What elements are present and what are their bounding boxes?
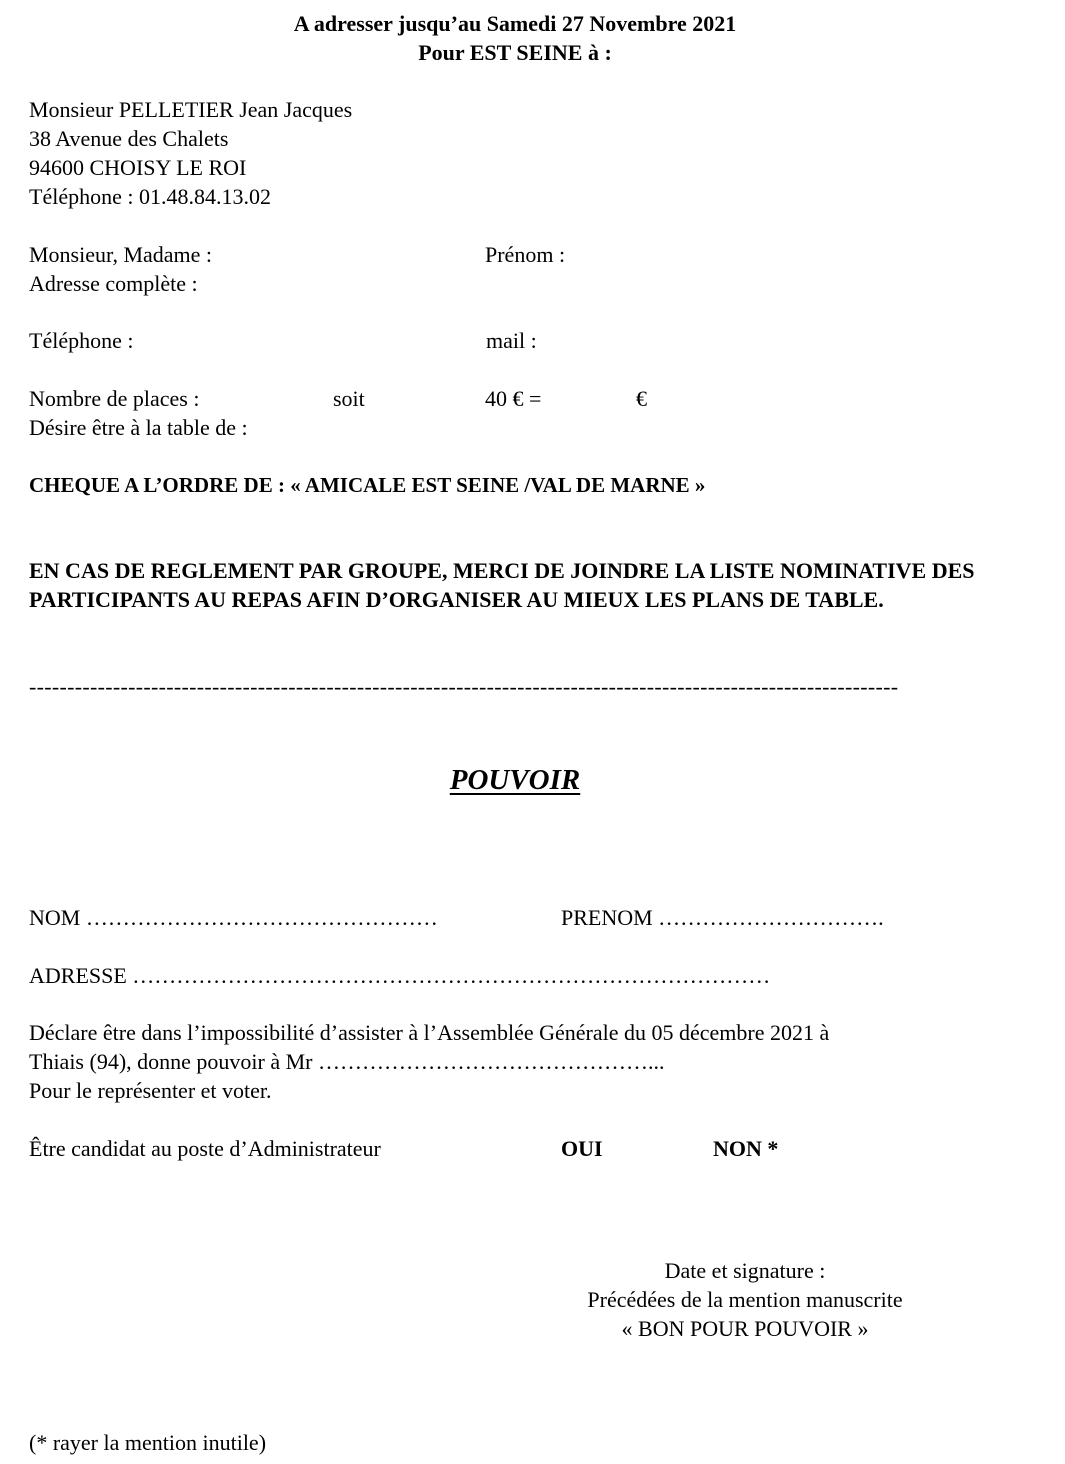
firstname-field-label[interactable]: Prénom : [485,240,565,269]
table-preference-label[interactable]: Désire être à la table de : [29,413,248,442]
candidate-label: Être candidat au poste d’Administrateur [29,1134,381,1163]
proxy-prenom-field[interactable]: PRENOM …………………………. [561,903,884,932]
signature-mention: « BON POUR POUVOIR » [540,1314,950,1343]
recipient-heading: Pour EST SEINE à : [0,38,1030,67]
phone-field-label[interactable]: Téléphone : [29,326,133,355]
signature-label: Date et signature : [540,1256,950,1285]
footnote: (* rayer la mention inutile) [29,1428,266,1457]
unit-price-label: 40 € = [485,384,541,413]
proxy-adresse-field[interactable]: ADRESSE …………………………………………………………………………… [29,961,770,990]
places-field-label[interactable]: Nombre de places : [29,384,199,413]
pouvoir-title: POUVOIR [0,762,1030,798]
declaration-line-2-proxy-field[interactable]: Thiais (94), donne pouvoir à Mr ……………………… [29,1047,665,1076]
recipient-city: 94600 CHOISY LE ROI [29,153,246,182]
mail-field-label[interactable]: mail : [486,326,537,355]
address-field-label[interactable]: Adresse complète : [29,269,198,298]
cut-line-separator: ----------------------------------------… [29,672,999,701]
recipient-phone: Téléphone : 01.48.84.13.02 [29,182,271,211]
group-payment-note: EN CAS DE REGLEMENT PAR GROUPE, MERCI DE… [29,556,1019,614]
signature-block[interactable]: Date et signature : Précédées de la ment… [540,1256,950,1343]
candidate-option-yes[interactable]: OUI [561,1134,603,1163]
declaration-line-3: Pour le représenter et voter. [29,1076,272,1105]
recipient-street: 38 Avenue des Chalets [29,124,228,153]
candidate-option-no[interactable]: NON * [713,1134,778,1163]
proxy-nom-field[interactable]: NOM ………………………………………… [29,903,438,932]
soit-label: soit [333,384,365,413]
cheque-instruction: CHEQUE A L’ORDRE DE : « AMICALE EST SEIN… [29,471,705,500]
signature-instruction: Précédées de la mention manuscrite [540,1285,950,1314]
name-field-label[interactable]: Monsieur, Madame : [29,240,212,269]
deadline-heading: A adresser jusqu’au Samedi 27 Novembre 2… [0,9,1030,38]
total-currency-label[interactable]: € [636,384,647,413]
declaration-line-1: Déclare être dans l’impossibilité d’assi… [29,1018,829,1047]
recipient-name: Monsieur PELLETIER Jean Jacques [29,95,352,124]
